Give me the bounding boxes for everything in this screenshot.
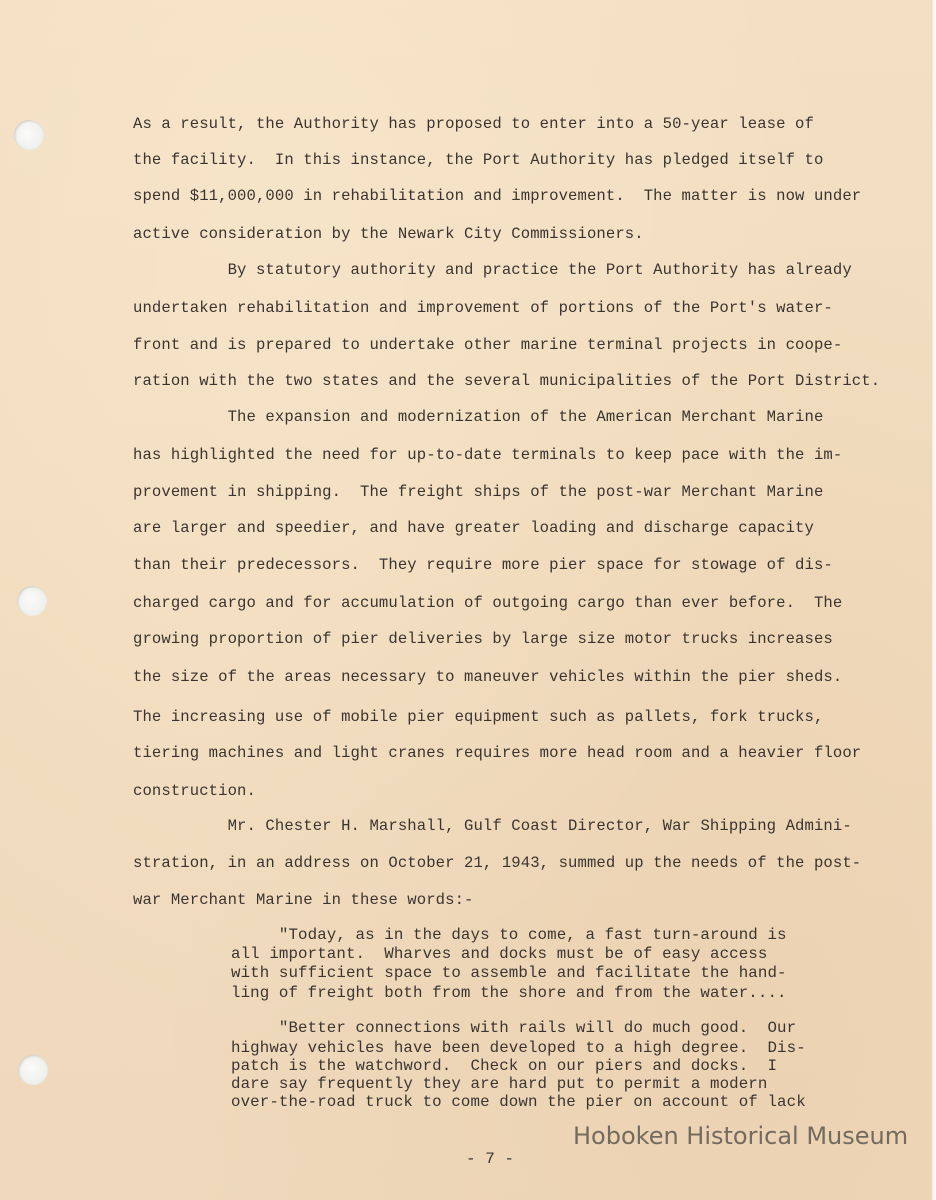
text-line: The expansion and modernization of the A… bbox=[133, 408, 823, 426]
quote-line: all important. Wharves and docks must be… bbox=[231, 945, 767, 963]
text-line: By statutory authority and practice the … bbox=[133, 261, 852, 279]
page-edge bbox=[931, 0, 936, 1200]
text-line: the size of the areas necessary to maneu… bbox=[133, 668, 842, 686]
text-line: has highlighted the need for up-to-date … bbox=[133, 446, 842, 464]
text-line: active consideration by the Newark City … bbox=[133, 225, 644, 243]
quote-line: highway vehicles have been developed to … bbox=[231, 1039, 806, 1057]
text-line: are larger and speedier, and have greate… bbox=[133, 519, 814, 537]
text-line: than their predecessors. They require mo… bbox=[133, 556, 833, 574]
punch-hole-top bbox=[14, 120, 44, 150]
text-line: ration with the two states and the sever… bbox=[133, 372, 880, 390]
quote-line: over-the-road truck to come down the pie… bbox=[231, 1093, 806, 1111]
punch-hole-middle bbox=[17, 586, 47, 616]
quote-line: "Today, as in the days to come, a fast t… bbox=[231, 926, 787, 944]
quote-line: dare say frequently they are hard put to… bbox=[231, 1075, 767, 1093]
text-line: growing proportion of pier deliveries by… bbox=[133, 630, 833, 648]
text-line: provement in shipping. The freight ships… bbox=[133, 483, 823, 501]
text-line: undertaken rehabilitation and improvemen… bbox=[133, 299, 833, 317]
text-line: stration, in an address on October 21, 1… bbox=[133, 854, 861, 872]
quote-line: ling of freight both from the shore and … bbox=[231, 984, 787, 1002]
text-line: As a result, the Authority has proposed … bbox=[133, 115, 814, 133]
text-line: tiering machines and light cranes requir… bbox=[133, 744, 861, 762]
text-line: war Merchant Marine in these words:- bbox=[133, 891, 473, 909]
quote-line: "Better connections with rails will do m… bbox=[231, 1019, 796, 1037]
text-line: The increasing use of mobile pier equipm… bbox=[133, 708, 823, 726]
quote-line: with sufficient space to assemble and fa… bbox=[231, 964, 787, 982]
text-line: Mr. Chester H. Marshall, Gulf Coast Dire… bbox=[133, 817, 852, 835]
punch-hole-bottom bbox=[18, 1055, 48, 1085]
text-line: the facility. In this instance, the Port… bbox=[133, 151, 823, 169]
document-page: As a result, the Authority has proposed … bbox=[0, 0, 936, 1200]
text-line: front and is prepared to undertake other… bbox=[133, 336, 842, 354]
text-line: construction. bbox=[133, 782, 256, 800]
quote-line: patch is the watchword. Check on our pie… bbox=[231, 1057, 777, 1075]
text-line: spend $11,000,000 in rehabilitation and … bbox=[133, 187, 861, 205]
text-line: charged cargo and for accumulation of ou… bbox=[133, 594, 842, 612]
page-number: - 7 - bbox=[466, 1150, 514, 1168]
museum-watermark: Hoboken Historical Museum bbox=[573, 1122, 908, 1150]
